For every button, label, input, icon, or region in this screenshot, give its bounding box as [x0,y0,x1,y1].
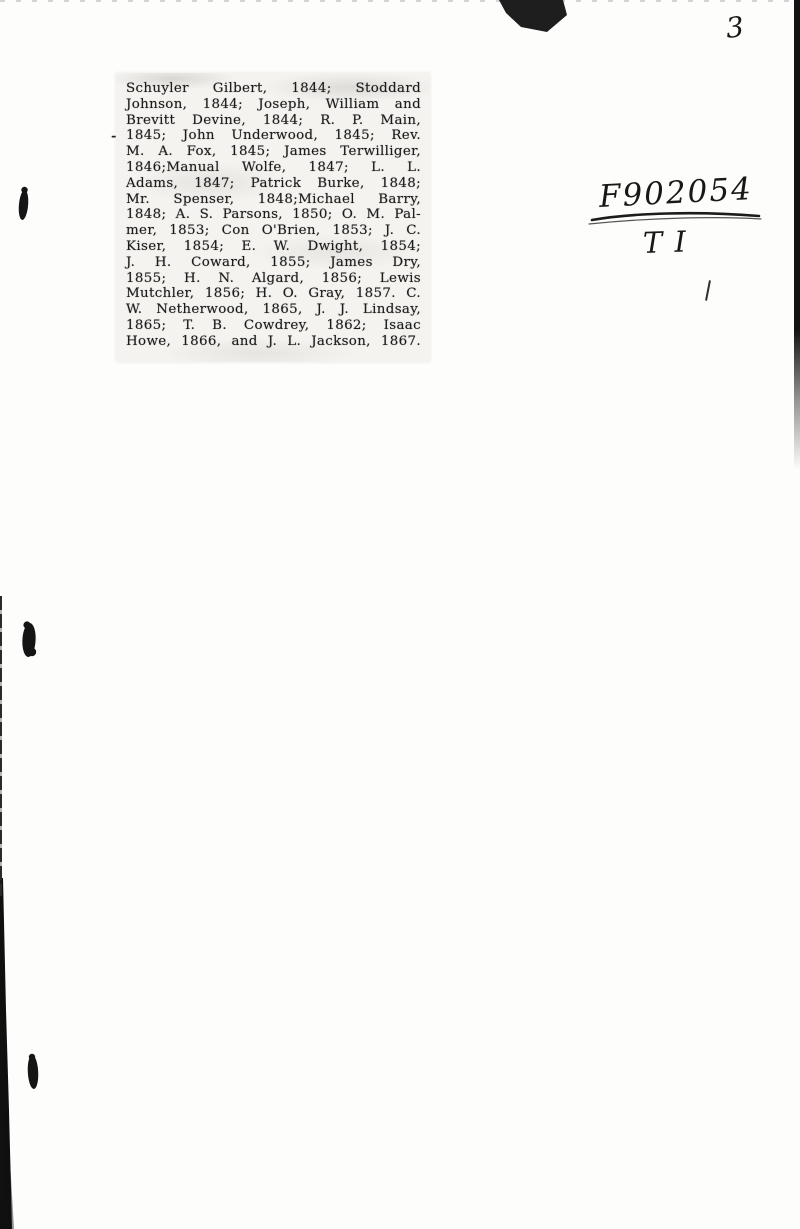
clipping-text-line: J. H. Coward, 1855; James Dry, [126,255,421,271]
clipping-text-line: 1845; John Underwood, 1845; Rev. [126,128,421,144]
clipping-text-line: Mutchler, 1856; H. O. Gray, 1857. C. [126,286,421,302]
ink-spot [27,1054,39,1089]
clipping-text-line: Mr. Spenser, 1848;Michael Barry, [126,192,421,208]
margin-pen-mark: - [111,129,116,144]
torn-corner-ink-blot [499,0,567,32]
scan-left-edge-line [0,596,2,896]
handwritten-tick-mark [705,280,711,301]
clipping-text-line: Schuyler Gilbert, 1844; Stoddard [126,81,421,97]
clipping-text-line: Adams, 1847; Patrick Burke, 1848; [126,176,421,192]
clipping-text-line: Kiser, 1854; E. W. Dwight, 1854; [126,239,421,255]
handwritten-label: TI [642,224,698,260]
clipping-text-line: 1855; H. N. Algard, 1856; Lewis [126,271,421,287]
scan-top-edge-artifact [0,0,800,2]
scan-left-edge-shadow [0,940,14,1229]
scan-left-edge-shadow [0,878,12,1229]
handwritten-page-number: 3 [724,10,745,45]
ink-spot [22,621,37,657]
clipping-text-line: M. A. Fox, 1845; James Terwilliger, [126,144,421,160]
scan-right-edge-shadow [794,0,800,470]
newspaper-clipping: - Schuyler Gilbert, 1844; Stoddard Johns… [116,73,430,362]
scanned-document-page: - Schuyler Gilbert, 1844; Stoddard Johns… [0,0,800,1229]
clipping-text-line: 1865; T. B. Cowdrey, 1862; Isaac [126,318,421,334]
clipping-text-line: Brevitt Devine, 1844; R. P. Main, [126,113,421,129]
ink-spot [18,187,30,221]
clipping-text-line: W. Netherwood, 1865, J. J. Lindsay, [126,302,421,318]
clipping-text-line: 1848; A. S. Parsons, 1850; O. M. Pal- [126,207,421,223]
clipping-text-line: Johnson, 1844; Joseph, William and [126,97,421,113]
clipping-text-line: mer, 1853; Con O'Brien, 1853; J. C. [126,223,421,239]
clipping-text-line: 1846;Manual Wolfe, 1847; L. L. [126,160,421,176]
clipping-text-line: Howe, 1866, and J. L. Jackson, 1867. [126,334,421,350]
